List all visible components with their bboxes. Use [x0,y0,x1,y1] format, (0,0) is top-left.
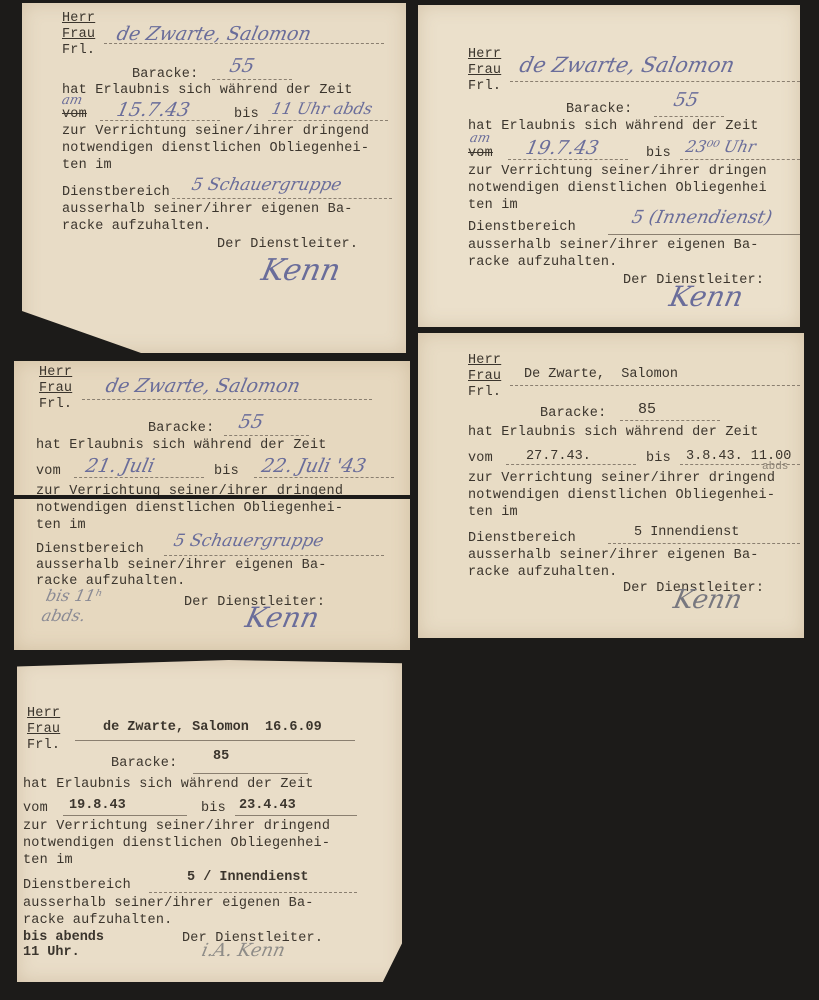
outside-line-1: ausserhalb seiner/ihrer eigenen Ba- [468,238,759,254]
barracks-rule [224,435,309,436]
signature: i.A. Kenn [200,940,287,961]
name-typed: De Zwarte, Salomon [524,367,678,382]
to-label: bis [646,451,671,467]
to-rule [268,120,388,121]
signature: Kenn [242,601,322,634]
to-label: bis [646,146,671,162]
title-frau: Frau [468,63,501,79]
to-value: 23⁰⁰ Uhr [684,137,758,156]
title-frl: Frl. [62,43,95,59]
note-line-2: 11 Uhr. [23,945,80,960]
permission-line: hat Erlaubnis sich während der Zeit [36,438,327,454]
from-value: 15.7.43 [115,99,192,121]
barracks-label: Baracke: [566,102,632,118]
signature: Kenn [671,585,745,615]
area-label: Dienstbereich [62,185,170,201]
barracks-rule [193,773,308,774]
name-rule [510,385,800,386]
permission-line: hat Erlaubnis sich während der Zeit [62,83,353,99]
area-rule [164,555,384,556]
title-herr: Herr [62,11,95,27]
to-value: 22. Juli '43 [260,455,368,477]
from-label: vom [23,801,48,817]
area-label: Dienstbereich [468,220,576,236]
purpose-line-3: ten im [23,853,73,869]
outside-line-1: ausserhalb seiner/ihrer eigenen Ba- [36,558,327,574]
to-rule [254,477,394,478]
to-rule [680,159,800,160]
permission-line: hat Erlaubnis sich während der Zeit [468,425,759,441]
barracks-rule [212,79,292,80]
from-label: vom [36,464,61,480]
area-rule [608,234,800,235]
purpose-line-3: ten im [62,158,112,174]
to-value: 11 Uhr abds [270,99,374,118]
title-frau: Frau [27,722,60,738]
from-label: vom [468,451,493,467]
to-label: bis [234,107,259,123]
signature-label: Der Dienstleiter. [217,237,358,253]
area-value: 5 / Innendienst [187,870,309,885]
permission-line: hat Erlaubnis sich während der Zeit [23,777,314,793]
name-rule [510,81,800,82]
from-value: 19.7.43 [524,137,601,159]
purpose-line-2: notwendigen dienstlichen Obliegenhei- [36,501,343,517]
barracks-label: Baracke: [540,406,606,422]
from-rule [63,815,187,816]
barracks-label: Baracke: [111,756,177,772]
permission-line: hat Erlaubnis sich während der Zeit [468,119,759,135]
area-label: Dienstbereich [36,542,144,558]
to-value: 23.4.43 [239,798,296,813]
title-herr: Herr [468,353,501,369]
area-value: 5 Schauergruppe [190,175,344,195]
from-rule [74,477,204,478]
paper-tear [14,495,410,499]
outside-line-2: racke aufzuhalten. [23,913,172,929]
signature: Kenn [258,253,343,288]
title-herr: Herr [27,706,60,722]
purpose-line-2: notwendigen dienstlichen Obliegenhei- [468,488,775,504]
from-rule [506,464,636,465]
name-rule [82,399,372,400]
purpose-line-1: zur Verrichtung seiner/ihrer dringend [62,124,369,140]
permit-card-3: Herr Frau Frl. de Zwarte, Salomon Barack… [14,361,410,650]
barracks-value: 85 [638,401,656,418]
from-prefix: am [60,93,83,108]
area-value: 5 Innendienst [634,525,739,540]
purpose-line-1: zur Verrichtung seiner/ihrer dringend [23,819,330,835]
title-frl: Frl. [39,397,72,413]
from-label: vom [62,107,87,123]
purpose-line-2: notwendigen dienstlichen Obliegenhei- [23,836,330,852]
purpose-line-3: ten im [468,198,518,214]
title-herr: Herr [468,47,501,63]
purpose-line-1: zur Verrichtung seiner/ihrer dringend [468,471,775,487]
from-rule [508,159,628,160]
permit-card-2: Herr Frau Frl. de Zwarte, Salomon Barack… [418,5,800,327]
area-value: 5 (Innendienst) [630,207,774,228]
outside-line-2: racke aufzuhalten. [468,565,617,581]
purpose-line-2: notwendigen dienstlichen Obliegenhei [468,181,767,197]
name-typed: de Zwarte, Salomon 16.6.09 [103,720,322,735]
area-value: 5 Schauergruppe [172,531,326,551]
title-frau: Frau [468,369,501,385]
to-label: bis [214,464,239,480]
title-frau: Frau [62,27,95,43]
barracks-label: Baracke: [132,67,198,83]
from-label: vom [468,146,493,162]
title-herr: Herr [39,365,72,381]
purpose-line-2: notwendigen dienstlichen Obliegenhei- [62,141,369,157]
barracks-rule [654,116,724,117]
barracks-rule [620,420,720,421]
from-prefix: am [468,131,491,146]
outside-line-1: ausserhalb seiner/ihrer eigenen Ba- [468,548,759,564]
from-value: 19.8.43 [69,798,126,813]
title-frl: Frl. [468,79,501,95]
barracks-label: Baracke: [148,421,214,437]
barracks-value: 55 [672,89,701,111]
barracks-value: 55 [237,411,266,433]
permit-card-1: Herr Frau Frl. de Zwarte, Salomon Barack… [22,3,406,353]
outside-line-2: racke aufzuhalten. [468,255,617,271]
outside-line-2: racke aufzuhalten. [62,219,211,235]
note-line-1: bis abends [23,930,104,945]
handwritten-note: bis 11ʰ abds. [40,586,119,626]
name-rule [75,740,355,741]
area-label: Dienstbereich [468,531,576,547]
title-frl: Frl. [27,738,60,754]
from-value: 21. Juli [84,455,157,477]
purpose-line-1: zur Verrichtung seiner/ihrer dringen [468,164,767,180]
title-frau: Frau [39,381,72,397]
barracks-value: 85 [213,749,229,764]
signature: Kenn [666,280,746,313]
area-rule [172,198,392,199]
outside-line-1: ausserhalb seiner/ihrer eigenen Ba- [23,896,314,912]
barracks-value: 55 [228,55,257,77]
area-rule [149,892,357,893]
permit-card-4: Herr Frau Frl. De Zwarte, Salomon Barack… [418,333,804,638]
to-rule [235,815,357,816]
purpose-line-3: ten im [36,518,86,534]
title-frl: Frl. [468,385,501,401]
name-handwritten: de Zwarte, Salomon [115,23,314,45]
area-rule [608,543,800,544]
from-value: 27.7.43. [526,449,591,464]
name-handwritten: de Zwarte, Salomon [517,53,736,77]
to-label: bis [201,801,226,817]
purpose-line-3: ten im [468,505,518,521]
outside-line-1: ausserhalb seiner/ihrer eigenen Ba- [62,202,353,218]
permit-card-5: Herr Frau Frl. de Zwarte, Salomon 16.6.0… [17,660,402,982]
name-handwritten: de Zwarte, Salomon [104,375,303,397]
area-label: Dienstbereich [23,878,131,894]
